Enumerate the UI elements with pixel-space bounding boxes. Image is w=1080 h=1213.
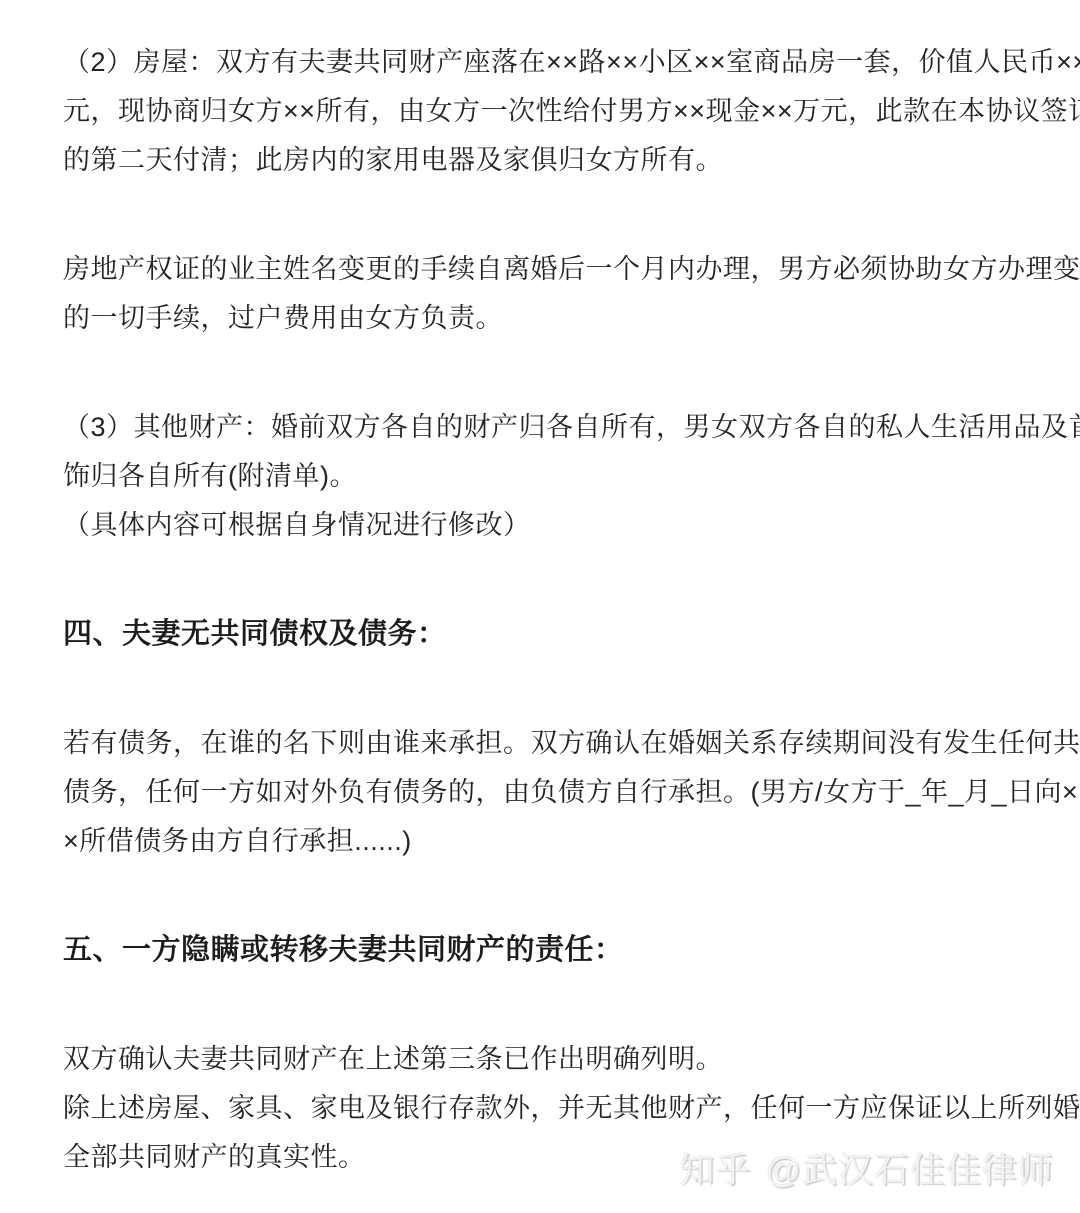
section-heading-5-concealment-liability: 五、一方隐瞒或转移夫妻共同财产的责任： [63, 926, 1025, 975]
document-line: 双方确认夫妻共同财产在上述第三条已作出明确列明。 [63, 1035, 1025, 1084]
paragraph-house-property: （2）房屋：双方有夫妻共同财产座落在××路××小区××室商品房一套，价值人民币×… [63, 38, 1025, 185]
document-line: 的一切手续，过户费用由女方负责。 [63, 294, 1025, 343]
document-line: （具体内容可根据自身情况进行修改） [63, 501, 1025, 550]
document-line: 债务，任何一方如对外负有债务的，由负债方自行承担。(男方/女方于_年_月_日向× [63, 768, 1025, 817]
section-heading-4-debts: 四、夫妻无共同债权及债务： [63, 610, 1025, 659]
watermark-author-handle: @武汉石佳佳律师 [765, 1151, 1054, 1190]
zhihu-watermark: 知乎@武汉石佳佳律师 [679, 1143, 1054, 1193]
document-page: （2）房屋：双方有夫妻共同财产座落在××路××小区××室商品房一套，价值人民币×… [0, 0, 1080, 1213]
document-line: 元，现协商归女方××所有，由女方一次性给付男方××现金××万元，此款在本协议签订… [63, 87, 1025, 136]
document-line: 除上述房屋、家具、家电及银行存款外，并无其他财产，任何一方应保证以上所列婚内 [63, 1084, 1025, 1133]
document-line: 的第二天付清；此房内的家用电器及家俱归女方所有。 [63, 136, 1025, 185]
document-line: 房地产权证的业主姓名变更的手续自离婚后一个月内办理，男方必须协助女方办理变更 [63, 245, 1025, 294]
paragraph-debts: 若有债务，在谁的名下则由谁来承担。双方确认在婚姻关系存续期间没有发生任何共同 债… [63, 719, 1025, 866]
document-line: 饰归各自所有(附清单)。 [63, 452, 1025, 501]
zhihu-logo-text: 知乎 [679, 1151, 751, 1190]
document-line: 若有债务，在谁的名下则由谁来承担。双方确认在婚姻关系存续期间没有发生任何共同 [63, 719, 1025, 768]
paragraph-other-property: （3）其他财产：婚前双方各自的财产归各自所有，男女双方各自的私人生活用品及首 饰… [63, 403, 1025, 550]
document-line: ×所借债务由方自行承担......) [63, 817, 1025, 866]
heading-text: 五、一方隐瞒或转移夫妻共同财产的责任： [63, 926, 1025, 975]
document-line: （2）房屋：双方有夫妻共同财产座落在××路××小区××室商品房一套，价值人民币×… [63, 38, 1025, 87]
heading-text: 四、夫妻无共同债权及债务： [63, 610, 1025, 659]
document-line: （3）其他财产：婚前双方各自的财产归各自所有，男女双方各自的私人生活用品及首 [63, 403, 1025, 452]
paragraph-title-transfer: 房地产权证的业主姓名变更的手续自离婚后一个月内办理，男方必须协助女方办理变更 的… [63, 245, 1025, 343]
